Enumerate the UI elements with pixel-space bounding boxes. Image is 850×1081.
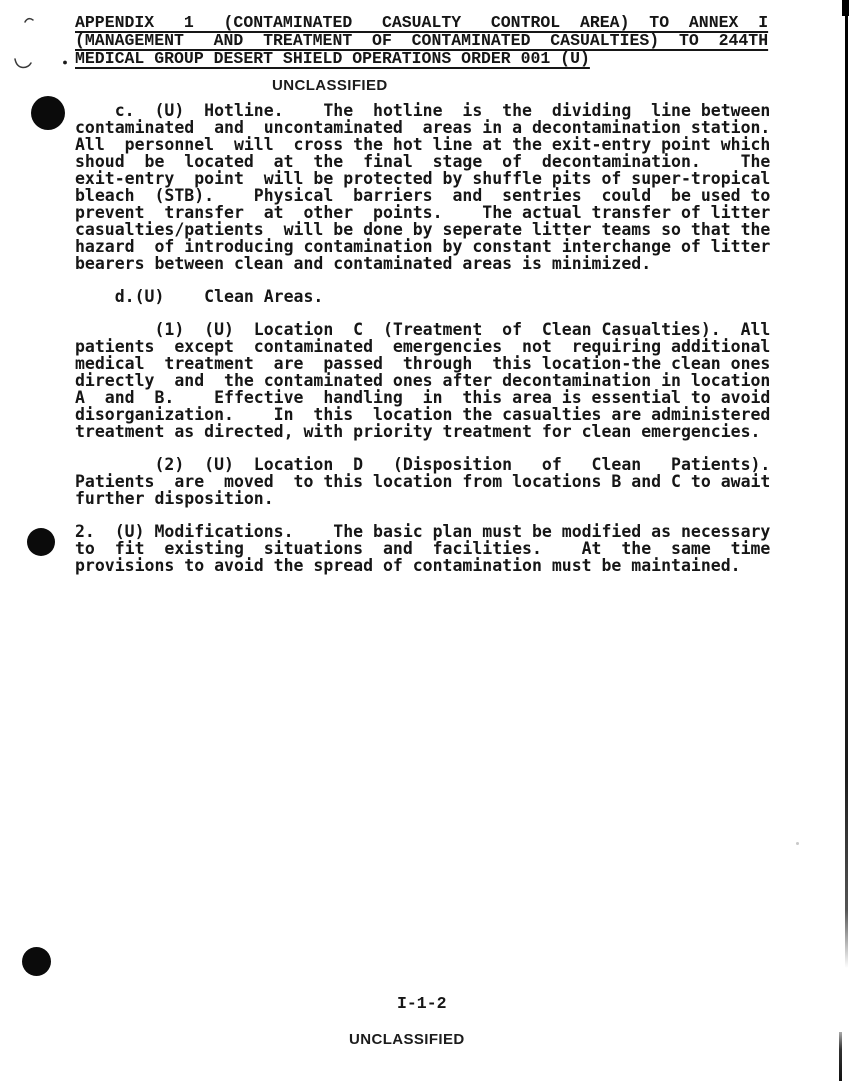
document-body: c. (U) Hotline. The hotline is the divid… [75, 102, 770, 574]
handwritten-check-mark [15, 59, 31, 68]
scan-edge-line [845, 0, 848, 968]
paragraph-2-modifications: 2. (U) Modifications. The basic plan mus… [75, 523, 770, 574]
paragraph-d1-location-c: (1) (U) Location C (Treatment of Clean C… [75, 321, 770, 440]
hole-punch [22, 947, 51, 976]
document-title: APPENDIX 1 (CONTAMINATED CASUALTY CONTRO… [75, 14, 768, 68]
list-bullet-dot [63, 61, 67, 65]
hole-punch [27, 528, 55, 556]
classification-banner-bottom: UNCLASSIFIED [349, 1032, 465, 1047]
handwritten-dash-mark [25, 19, 33, 22]
scanned-document-page: APPENDIX 1 (CONTAMINATED CASUALTY CONTRO… [0, 0, 850, 1081]
hole-punch [31, 96, 65, 130]
scan-speck [796, 842, 799, 845]
page-number: I-1-2 [397, 995, 447, 1012]
paragraph-c-hotline: c. (U) Hotline. The hotline is the divid… [75, 102, 770, 272]
scan-edge-line-bottom [839, 1032, 842, 1081]
heading-d-clean-areas: d.(U) Clean Areas. [75, 288, 770, 305]
paragraph-d2-location-d: (2) (U) Location D (Disposition of Clean… [75, 456, 770, 507]
margin-marks [0, 0, 70, 80]
classification-banner-top: UNCLASSIFIED [272, 78, 388, 93]
